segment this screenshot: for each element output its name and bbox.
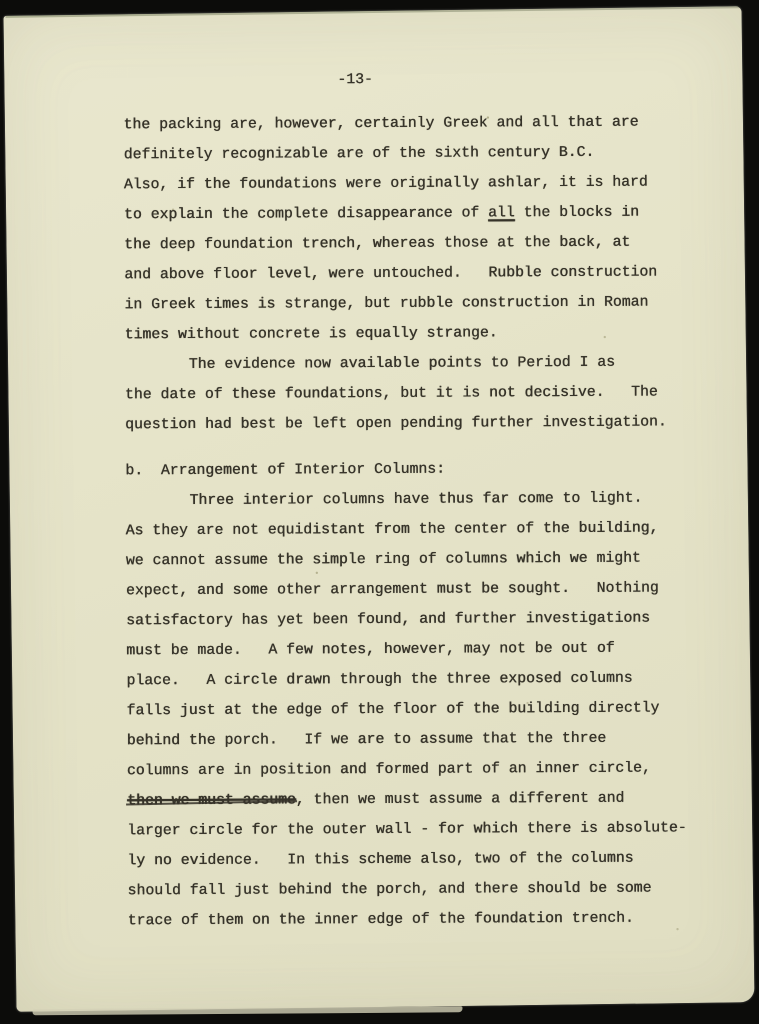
- text-segment: behind the porch. If we are to assume th…: [127, 731, 607, 750]
- text-segment: The evidence now available points to Per…: [189, 355, 615, 373]
- paragraph: Three interior columns have thus far com…: [125, 483, 707, 936]
- typed-text-area: -13- the packing are, however, certainly…: [123, 68, 708, 936]
- text-segment: question had best be left open pending f…: [125, 414, 667, 433]
- text-line: columns are in position and formed part …: [127, 753, 707, 786]
- text-segment: satisfactory has yet been found, and fur…: [126, 611, 650, 630]
- text-line: The evidence now available points to Per…: [125, 347, 705, 380]
- text-line: to explain the complete disappearance of…: [124, 197, 704, 230]
- text-segment: the deep foundation trench, whereas thos…: [124, 235, 630, 254]
- text-segment: the blocks in: [515, 205, 639, 222]
- document-body: the packing are, however, certainly Gree…: [123, 107, 707, 936]
- text-line: should fall just behind the porch, and t…: [127, 873, 707, 906]
- text-segment: trace of them on the inner edge of the f…: [128, 911, 634, 930]
- text-segment: , then we must assume a different and: [296, 791, 625, 809]
- text-segment: columns are in position and formed part …: [127, 761, 651, 780]
- text-line: falls just at the edge of the floor of t…: [127, 693, 707, 726]
- text-segment: the date of these foundations, but it is…: [125, 385, 658, 404]
- text-line: the packing are, however, certainly Gree…: [123, 107, 703, 140]
- scan-background: -13- the packing are, however, certainly…: [0, 0, 759, 1024]
- text-line: Also, if the foundations were originally…: [124, 167, 704, 200]
- text-segment: definitely recognizable are of the sixth…: [124, 145, 595, 163]
- text-segment: ly no evidence. In this scheme also, two…: [127, 851, 633, 870]
- text-line: behind the porch. If we are to assume th…: [127, 723, 707, 756]
- text-segment: the packing are, however, certainly Gree…: [123, 115, 638, 134]
- text-line: in Greek times is strange, but rubble co…: [124, 287, 704, 320]
- text-line: satisfactory has yet been found, and fur…: [126, 603, 706, 636]
- text-segment: larger circle for the outer wall - for w…: [127, 820, 686, 839]
- text-segment: b. Arrangement of Interior Columns:: [125, 462, 445, 480]
- page-number: -13-: [337, 68, 703, 90]
- text-segment: expect, and some other arrangement must …: [126, 581, 659, 600]
- struck-out-text: then we must assume: [127, 792, 296, 809]
- text-line: then we must assume, then we must assume…: [127, 783, 707, 816]
- text-segment: we cannot assume the simple ring of colu…: [126, 551, 641, 570]
- paragraph: The evidence now available points to Per…: [125, 347, 705, 440]
- text-segment: and above floor level, were untouched. R…: [124, 265, 657, 284]
- text-segment: should fall just behind the porch, and t…: [128, 881, 652, 900]
- text-line: times without concrete is equally strang…: [125, 317, 705, 350]
- section-heading: b. Arrangement of Interior Columns:: [125, 453, 705, 486]
- text-line: must be made. A few notes, however, may …: [126, 633, 706, 666]
- text-line: trace of them on the inner edge of the f…: [128, 903, 708, 936]
- text-segment: in Greek times is strange, but rubble co…: [124, 295, 648, 314]
- text-segment: place. A circle drawn through the three …: [126, 671, 632, 690]
- text-segment: Also, if the foundations were originally…: [124, 175, 648, 194]
- paragraph: the packing are, however, certainly Gree…: [123, 107, 704, 350]
- text-line: As they are not equidistant from the cen…: [126, 513, 706, 546]
- text-line: b. Arrangement of Interior Columns:: [125, 453, 705, 486]
- document-page: -13- the packing are, however, certainly…: [4, 6, 755, 1012]
- text-line: larger circle for the outer wall - for w…: [127, 813, 707, 846]
- text-segment: to explain the complete disappearance of: [124, 205, 488, 223]
- underlined-text: all: [488, 205, 515, 221]
- text-line: we cannot assume the simple ring of colu…: [126, 543, 706, 576]
- text-segment: times without concrete is equally strang…: [125, 325, 498, 343]
- text-segment: As they are not equidistant from the cen…: [126, 521, 659, 540]
- text-line: and above floor level, were untouched. R…: [124, 257, 704, 290]
- text-line: ly no evidence. In this scheme also, two…: [127, 843, 707, 876]
- text-segment: must be made. A few notes, however, may …: [126, 641, 614, 660]
- text-line: expect, and some other arrangement must …: [126, 573, 706, 606]
- text-line: question had best be left open pending f…: [125, 407, 705, 440]
- text-line: definitely recognizable are of the sixth…: [124, 137, 704, 170]
- text-line: place. A circle drawn through the three …: [126, 663, 706, 696]
- text-line: Three interior columns have thus far com…: [125, 483, 705, 516]
- text-line: the date of these foundations, but it is…: [125, 377, 705, 410]
- text-segment: Three interior columns have thus far com…: [189, 491, 642, 509]
- text-segment: falls just at the edge of the floor of t…: [127, 701, 660, 720]
- text-line: the deep foundation trench, whereas thos…: [124, 227, 704, 260]
